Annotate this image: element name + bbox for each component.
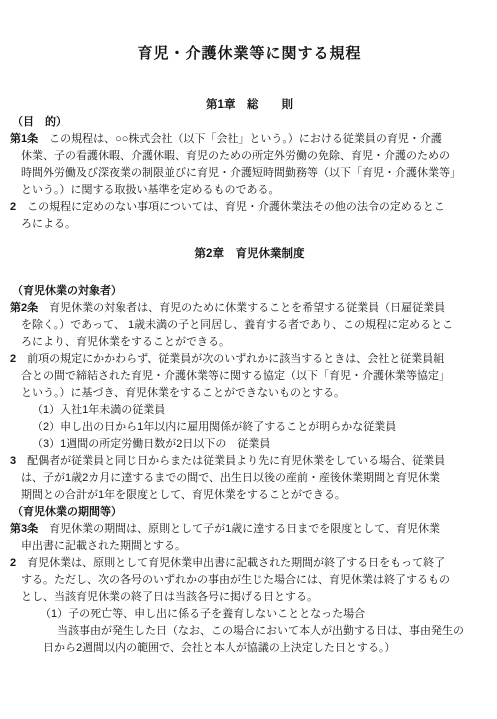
clause-number: 第3条 bbox=[10, 523, 38, 535]
paragraph-line: 時間外労働及び深夜業の制限並びに育児・介護短時間勤務等（以下「育児・介護休業等」 bbox=[10, 165, 489, 182]
note-line: 当該事由が発生した日（なお、この場合において本人が出勤する日は、事由発生の bbox=[10, 623, 489, 640]
paragraph-text: この規程に定めのない事項については、育児・介護休業法その他の法令の定めるとこ bbox=[16, 201, 445, 213]
note-line: 日から2週間以内の範囲で、会社と本人が協議の上決定した日とする。） bbox=[10, 640, 489, 657]
paragraph-line: は、子が1歳2カ月に達するまでの間で、出生日以後の産前・産後休業期間と育児休業 bbox=[10, 470, 489, 487]
paragraph-line: 第2条 育児休業の対象者は、育児のために休業することを希望する従業員（日雇従業員 bbox=[10, 300, 489, 317]
paragraph-line: 申出書に記載された期間とする。 bbox=[10, 538, 489, 555]
document-title: 育児・介護休業等に関する規程 bbox=[10, 43, 489, 65]
paragraph-line: 期間との合計が1年を限度として、育児休業をすることができる。 bbox=[10, 487, 489, 504]
list-item-line: （1）子の死亡等、申し出に係る子を養育しないこととなった場合 bbox=[10, 606, 489, 623]
paragraph-text: 前項の規定にかかわらず、従業員が次のいずれかに該当するときは、会社と従業員組 bbox=[16, 353, 444, 365]
paragraph-line: 休業、子の看護休暇、介護休暇、育児のための所定外労働の免除、育児・介護のための bbox=[10, 148, 489, 165]
section-heading: （育児休業の期間等） bbox=[10, 504, 489, 521]
list-item-line: （1）入社1年未満の従業員 bbox=[10, 402, 489, 419]
paragraph-text: 育児休業は、原則として育児休業申出書に記載された期間が終了する日をもって終了 bbox=[16, 557, 445, 569]
section-heading: （育児休業の対象者） bbox=[10, 283, 489, 300]
paragraph-line: という。）に基づき、育児休業をすることができないものとする。 bbox=[10, 385, 489, 402]
paragraph-line: 2 育児休業は、原則として育児休業申出書に記載された期間が終了する日をもって終了 bbox=[10, 555, 489, 572]
paragraph-text: 育児休業の期間は、原則として子が1歳に達する日までを限度として、育児休業 bbox=[38, 523, 440, 535]
document-content: 育児・介護休業等に関する規程 第1章 総 則（目 的）第1条 この規程は、○○株… bbox=[0, 0, 497, 657]
paragraph-text: 配偶者が従業員と同じ日からまたは従業員より先に育児休業をしている場合、従業員 bbox=[16, 455, 445, 467]
paragraph-text: この規程は、○○株式会社（以下「会社」という。）における従業員の育児・介護 bbox=[38, 133, 442, 145]
document-page: 育児・介護休業等に関する規程 第1章 総 則（目 的）第1条 この規程は、○○株… bbox=[0, 0, 497, 719]
clause-number: 第2条 bbox=[10, 302, 38, 314]
paragraph-line: 2 前項の規定にかかわらず、従業員が次のいずれかに該当するときは、会社と従業員組 bbox=[10, 351, 489, 368]
document-body: 第1章 総 則（目 的）第1条 この規程は、○○株式会社（以下「会社」という。）… bbox=[10, 97, 489, 657]
clause-number: 第1条 bbox=[10, 133, 38, 145]
paragraph-line: 合との間で締結された育児・介護休業等に関する協定（以下「育児・介護休業等協定」 bbox=[10, 368, 489, 385]
paragraph-line: 2 この規程に定めのない事項については、育児・介護休業法その他の法令の定めるとこ bbox=[10, 199, 489, 216]
paragraph-line: 第1条 この規程は、○○株式会社（以下「会社」という。）における従業員の育児・介… bbox=[10, 131, 489, 148]
paragraph-line: 3 配偶者が従業員と同じ日からまたは従業員より先に育児休業をしている場合、従業員 bbox=[10, 453, 489, 470]
list-item-line: （2）申し出の日から1年以内に雇用関係が終了することが明らかな従業員 bbox=[10, 419, 489, 436]
paragraph-line: ろにより、育児休業をすることができる。 bbox=[10, 334, 489, 351]
paragraph-line: ろによる。 bbox=[10, 216, 489, 233]
section-heading: （目 的） bbox=[10, 114, 489, 131]
chapter-heading: 第2章 育児休業制度 bbox=[10, 246, 489, 263]
paragraph-line: を除く。）であって、 1歳未満の子と同居し、養育する者であり、この規程に定めると… bbox=[10, 317, 489, 334]
paragraph-text: 育児休業の対象者は、育児のために休業することを希望する従業員（日雇従業員 bbox=[38, 302, 445, 314]
paragraph-line: 第3条 育児休業の期間は、原則として子が1歳に達する日までを限度として、育児休業 bbox=[10, 521, 489, 538]
chapter-heading: 第1章 総 則 bbox=[10, 97, 489, 114]
paragraph-line: する。ただし、次の各号のいずれかの事由が生じた場合には、育児休業は終了するもの bbox=[10, 572, 489, 589]
paragraph-line: とし、当該育児休業の終了日は当該各号に掲げる日とする。 bbox=[10, 589, 489, 606]
paragraph-line: という。）に関する取扱い基準を定めるものである。 bbox=[10, 182, 489, 199]
list-item-line: （3）1週間の所定労働日数が2日以下の 従業員 bbox=[10, 436, 489, 453]
